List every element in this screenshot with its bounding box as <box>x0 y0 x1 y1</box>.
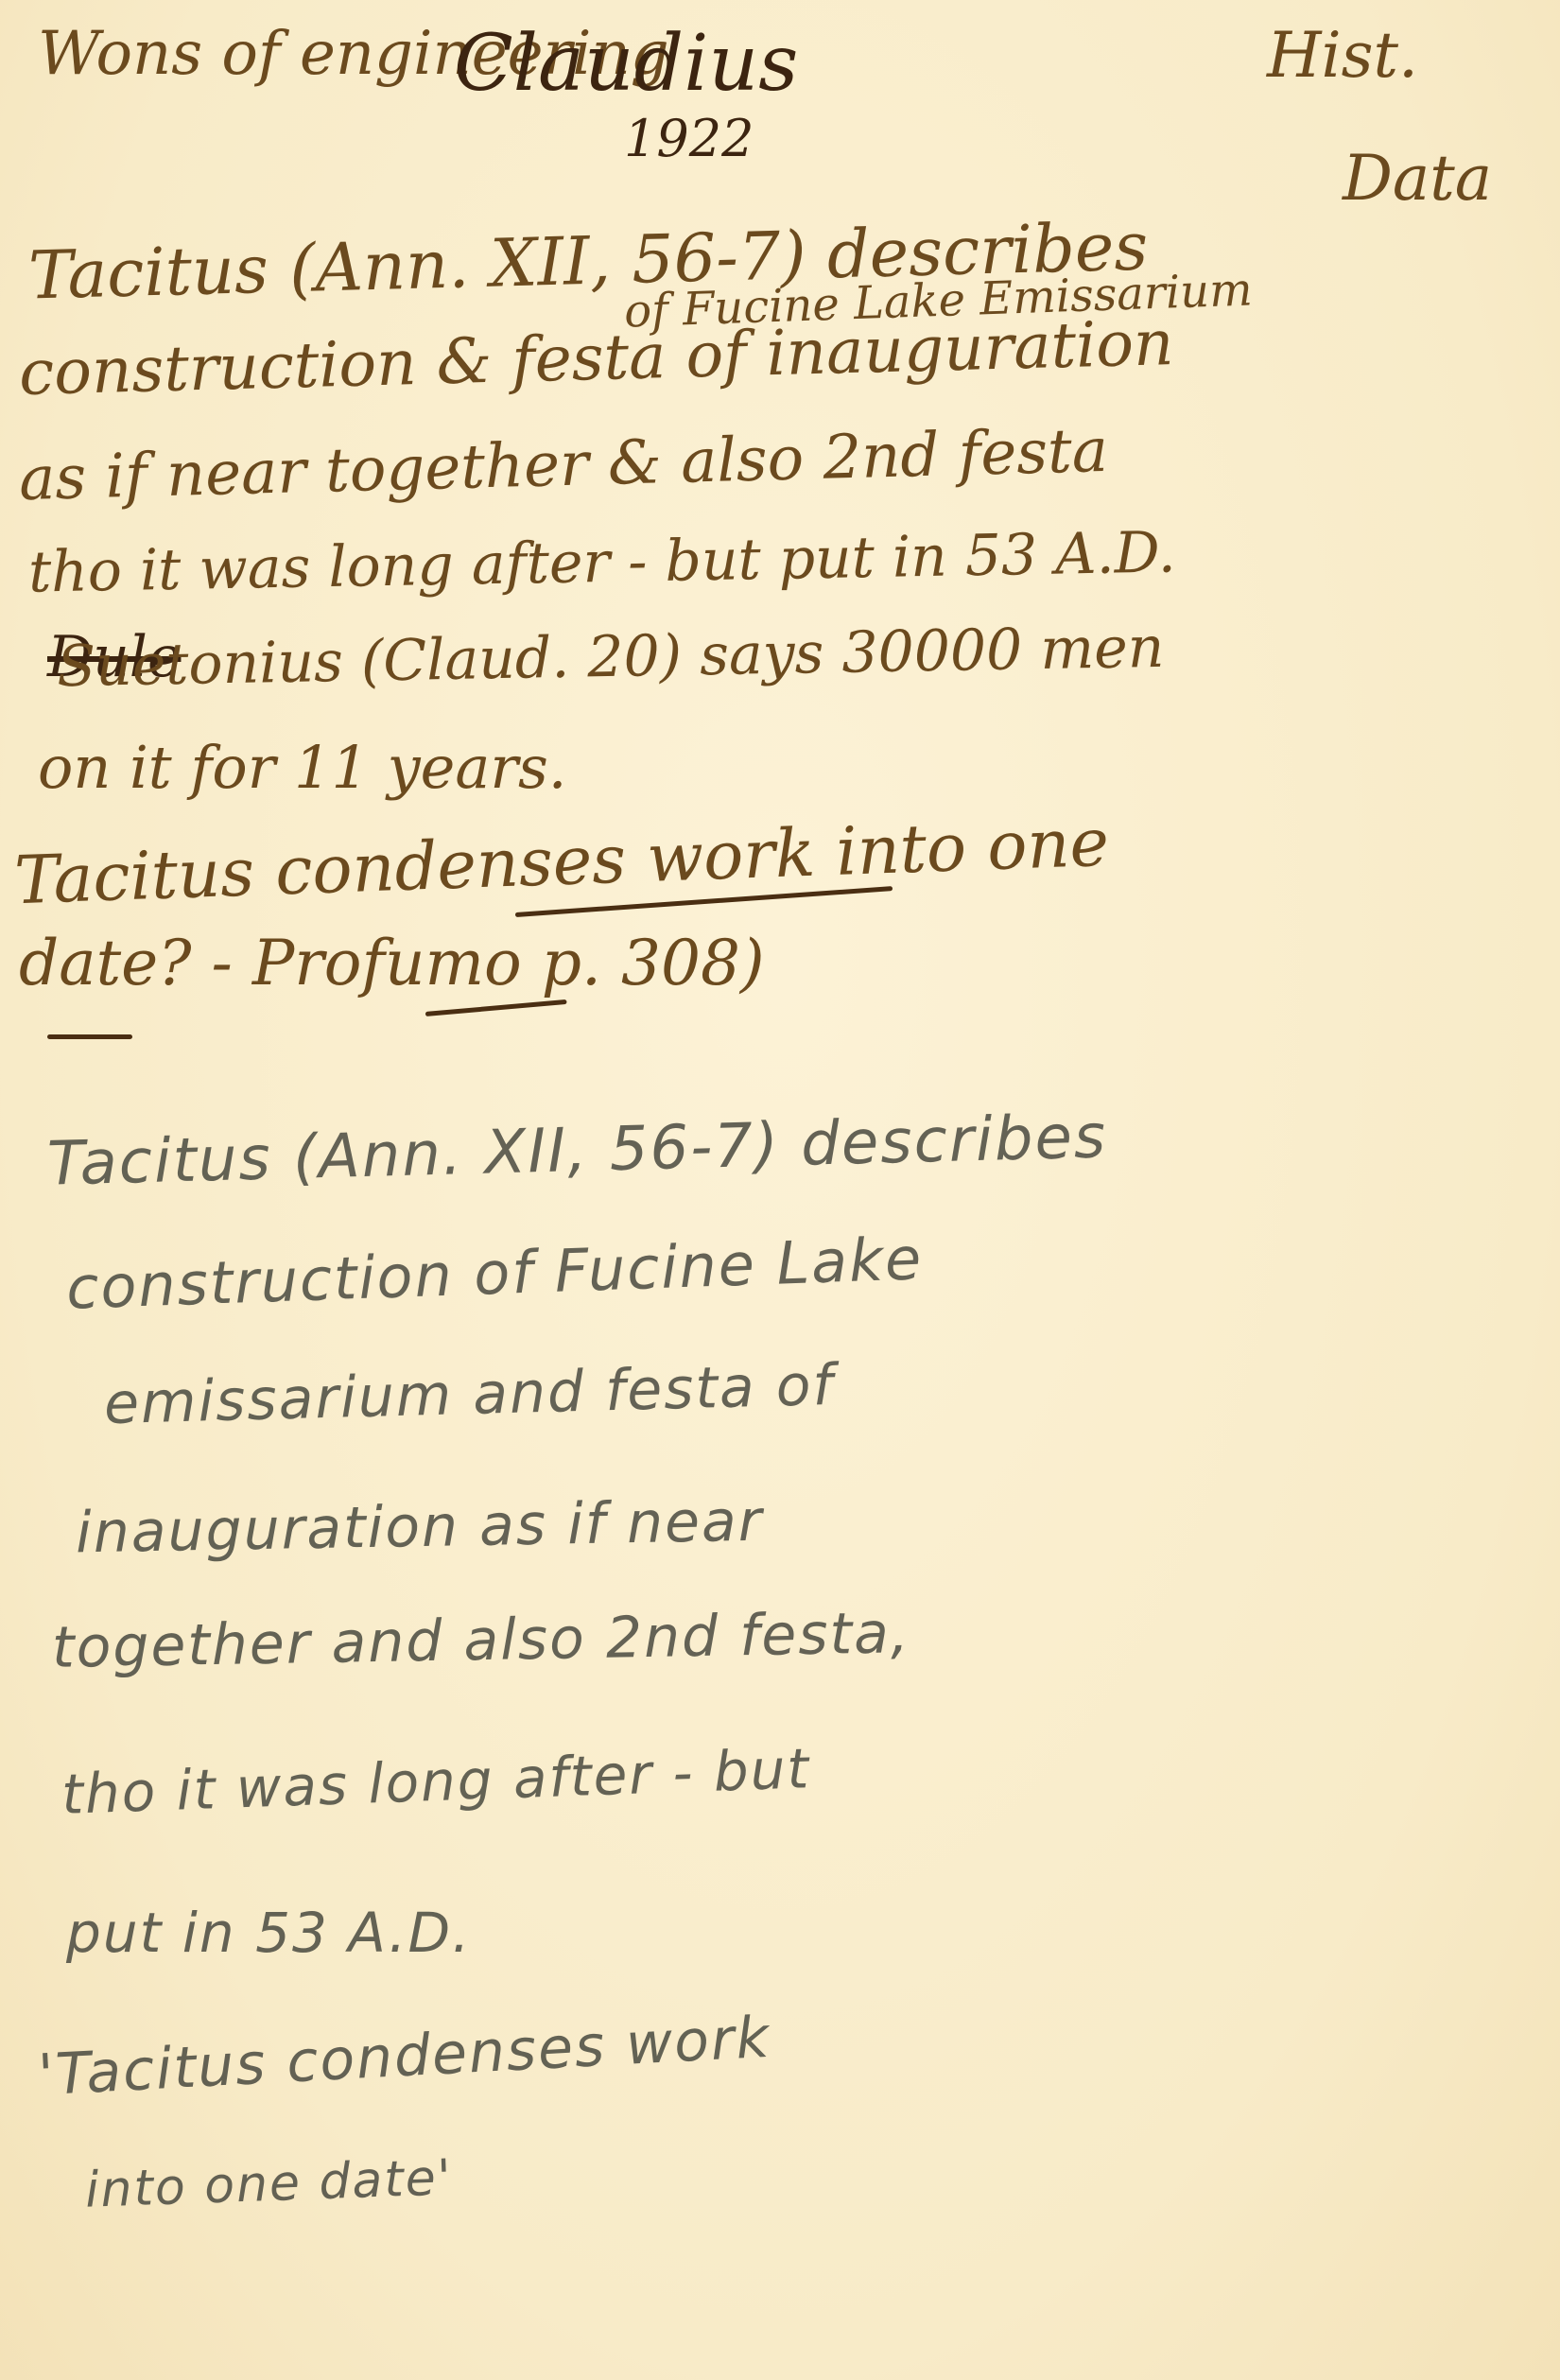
pencil-line-5: together and also 2nd festa, <box>51 1600 910 1681</box>
ink-line-7: Tacitus condenses work into one <box>13 804 1110 919</box>
pencil-line-3: emissarium and festa of <box>103 1352 835 1437</box>
pencil-line-1: Tacitus (Ann. XII, 56-7) describes <box>46 1102 1108 1199</box>
ink-line-8: date? - Profumo p. 308) <box>19 927 765 999</box>
ink-line-5: Suetonius (Claud. 20) says 30000 men <box>56 615 1164 700</box>
pencil-line-8: 'Tacitus condenses work <box>37 2005 772 2109</box>
ink-line-4: tho it was long after - but put in 53 A.… <box>27 519 1176 605</box>
pencil-line-7: put in 53 A.D. <box>66 1901 472 1965</box>
ink-line-2: construction & festa of inauguration <box>18 306 1174 409</box>
underline-profumo <box>425 999 567 1016</box>
header-right-label-1: Hist. <box>1267 19 1418 92</box>
ink-line-6: on it for 11 years. <box>38 733 566 802</box>
header-right-label-2: Data <box>1343 142 1492 215</box>
pencil-line-6: tho it was long after - but <box>61 1736 811 1827</box>
underline-date <box>47 1034 132 1039</box>
header-title: Claudius <box>454 19 798 109</box>
note-card: Wons of engineering Claudius 1922 Hist. … <box>0 0 1560 2380</box>
pencil-line-2: construction of Fucine Lake <box>65 1224 924 1323</box>
pencil-line-9: into one date' <box>84 2149 454 2219</box>
ink-line-3: as if near together & also 2nd festa <box>18 416 1109 514</box>
pencil-line-4: inauguration as if near <box>75 1488 764 1567</box>
header-year: 1922 <box>624 109 754 168</box>
